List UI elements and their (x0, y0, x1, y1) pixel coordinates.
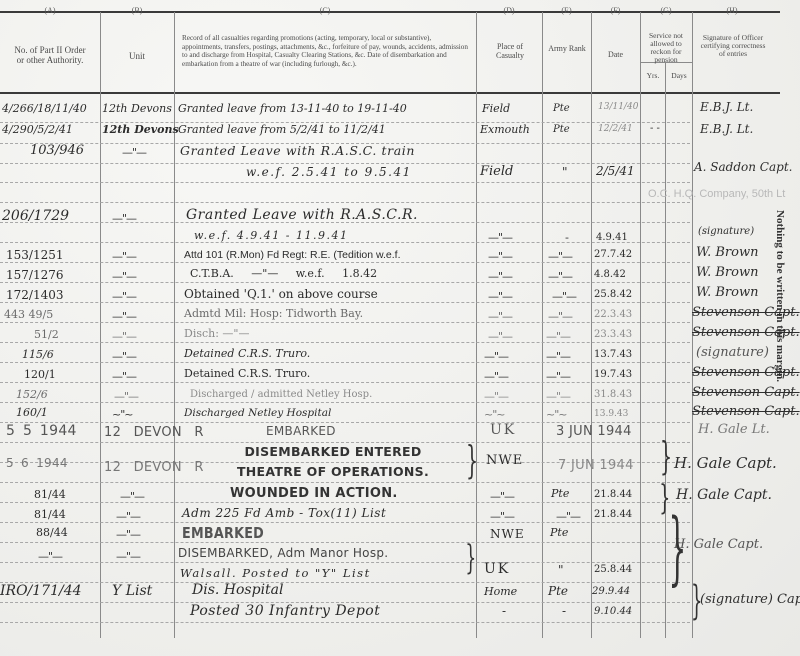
header-unit: Unit (100, 52, 174, 61)
record-stamp: EMBARKED (266, 424, 336, 438)
authority-cell: 103/946 (30, 144, 84, 158)
place-ditto: —"— (488, 270, 512, 283)
place-cell: Exmouth (480, 123, 530, 137)
signature-cell: Stevenson Capt. (692, 365, 800, 380)
unit-ditto: —"— (112, 250, 136, 263)
date-cell: 12/2/41 (598, 122, 633, 136)
row-rule (0, 282, 690, 283)
date-cell: 19.7.43 (594, 368, 632, 382)
authority-cell: 172/1403 (6, 288, 64, 302)
record-stamp: WOUNDED IN ACTION. (230, 486, 398, 501)
signature-cell: W. Brown (696, 285, 758, 300)
row-rule (0, 382, 690, 383)
place-cell: Field (480, 165, 513, 179)
place-ditto: —"— (488, 310, 512, 323)
divider-f-g (640, 12, 641, 638)
unit-ditto: —"— (112, 270, 136, 283)
rank-ditto: —"— (546, 330, 570, 343)
row-rule (0, 542, 690, 543)
record-stamp: DISEMBARKED, Adm Manor Hosp. (178, 546, 388, 560)
place-ditto: —"— (484, 390, 508, 403)
brace: } (466, 438, 478, 482)
row-rule (0, 302, 690, 303)
col-letter-d: (D) (476, 6, 542, 15)
divider-b-c (174, 12, 175, 638)
place-cell: Home (484, 585, 517, 599)
date-cell: 21.8.44 (594, 488, 632, 502)
rank-ditto: - (565, 231, 568, 244)
authority-stamp: 5 6 1944 (6, 456, 68, 470)
divider-g-yrs-days (665, 62, 666, 638)
row-rule (0, 342, 690, 343)
record-cell: Obtained 'Q.1.' on above course (184, 287, 378, 301)
signature-cell: W. Brown (696, 245, 758, 260)
signature-cell: Stevenson Capt. (692, 404, 800, 419)
pension-cell: - - (650, 122, 660, 136)
record-cell: Disch: —"— (184, 327, 250, 341)
rank-ditto: ~"~ (546, 408, 567, 421)
service-record-page: (A) (B) (C) (D) (E) (F) (G) (H) No. of P… (0, 0, 800, 656)
row-rule (0, 262, 690, 263)
unit-ditto: —"— (120, 490, 144, 503)
row-rule (0, 202, 690, 203)
col-letter-h: (H) (692, 6, 772, 15)
row-rule (0, 422, 690, 423)
record-stamp: EMBARKED (182, 524, 264, 542)
record-cell: Detained C.R.S. Truro. (184, 367, 310, 381)
place-cell: UK (490, 423, 516, 437)
rank-cell: Pte (553, 102, 570, 116)
record-cell: Dis. Hospital (192, 583, 284, 597)
record-cell: Granted leave from 5/2/41 to 11/2/41 (178, 123, 386, 137)
record-cell: w.e.f. 4.9.41 - 11.9.41 (194, 229, 348, 243)
unit-cell: 12th Devons (102, 102, 172, 116)
authority-cell: 51/2 (34, 328, 59, 342)
place-ditto: —"— (488, 250, 512, 263)
unit-ditto: —"— (112, 330, 136, 343)
rank-cell: - (562, 604, 566, 618)
col-letter-a: (A) (0, 6, 100, 15)
rank-ditto: —"— (546, 370, 570, 383)
authority-cell: 88/44 (36, 526, 68, 540)
place-ditto: —"— (488, 290, 512, 303)
place-ditto: —"— (484, 370, 508, 383)
date-stamp: 3 JUN 1944 (556, 424, 632, 439)
unit-cell: Y List (112, 584, 152, 598)
header-bottom-rule (0, 92, 780, 94)
signature-cell: (signature) (696, 345, 769, 360)
col-letter-c: (C) (174, 6, 476, 15)
record-cell: Granted Leave with R.A.S.C. train (180, 144, 415, 158)
rank-ditto: —"— (548, 250, 572, 263)
rank-cell: Pte (553, 123, 570, 137)
unit-ditto: —"— (114, 390, 138, 403)
place-ditto: ~"~ (484, 408, 505, 421)
record-cell: w.e.f. 2.5.41 to 9.5.41 (246, 165, 412, 179)
rank-ditto: —"— (548, 270, 572, 283)
date-cell: 9.10.44 (594, 605, 632, 619)
unit-ditto: —"— (112, 370, 136, 383)
date-cell: 13/11/40 (598, 100, 638, 114)
place-ditto: —"— (490, 490, 514, 503)
authority-cell: 157/1276 (6, 268, 64, 282)
signature-cell: A. Saddon Capt. (694, 160, 792, 174)
authority-cell: 152/6 (16, 388, 48, 402)
date-cell: 25.8.42 (594, 288, 632, 302)
place-cell: NWE (490, 527, 525, 541)
signature-cell: H. Gale Capt. (676, 487, 772, 503)
col-letter-f: (F) (591, 6, 640, 15)
brace: } (669, 508, 687, 588)
record-cell: Discharged / admitted Netley Hosp. (190, 388, 372, 402)
record-stamp: DISEMBARKED ENTERED THEATRE OF OPERATION… (228, 442, 438, 482)
signature-cell: Stevenson Capt. (692, 305, 800, 320)
divider-e-f (591, 12, 592, 638)
record-cell: C.T.B.A. —"— w.e.f. 1.8.42 (190, 267, 377, 281)
row-rule (0, 163, 690, 164)
row-rule (0, 322, 690, 323)
col-letter-g: (G) (640, 6, 692, 15)
date-cell: 29.9.44 (592, 585, 630, 599)
record-cell: Discharged Netley Hospital (184, 406, 331, 420)
unit-ditto: ~"~ (112, 408, 133, 421)
header-rank: Army Rank (548, 42, 586, 56)
signature-cell: H. Gale Capt. (674, 454, 777, 472)
date-cell: 13.7.43 (594, 348, 632, 362)
date-cell: 2/5/41 (596, 164, 635, 178)
signature-cell: E.B.J. Lt. (700, 100, 753, 114)
col-letter-b: (B) (100, 6, 174, 15)
record-cell: Granted leave from 13-11-40 to 19-11-40 (178, 102, 407, 116)
place-ditto: —"— (488, 231, 512, 244)
signature-cell: H. Gale Lt. (698, 422, 770, 437)
unit-ditto: —"— (122, 146, 146, 159)
rank-ditto: —"— (546, 390, 570, 403)
header-place: Place of Casualty (490, 42, 530, 60)
date-cell: 21.8.44 (594, 508, 632, 522)
place-cell: - (502, 604, 506, 618)
unit-stamp: 12 DEVON R (104, 460, 204, 475)
header-signature: Signature of Officer certifying correctn… (700, 34, 766, 58)
header-record: Record of all casualties regarding promo… (182, 34, 472, 68)
signature-cell: Stevenson Capt. (692, 385, 800, 400)
date-cell: 25.8.44 (594, 563, 632, 577)
header-pension: Service not allowed to reckon for pensio… (641, 32, 691, 64)
rank-cell: " (558, 563, 564, 577)
rank-cell: Pte (551, 487, 569, 501)
date-cell: 23.3.43 (594, 328, 632, 342)
record-cell: Attd 101 (R.Mon) Fd Regt: R.E. (Tedition… (184, 248, 401, 262)
rank-cell: " (562, 165, 568, 179)
brace: } (465, 538, 476, 578)
record-cell: Adm 225 Fd Amb - Tox(11) List (182, 506, 386, 520)
authority-cell: 115/6 (22, 348, 54, 362)
date-cell: 22.3.43 (594, 308, 632, 322)
authority-stamp: 5 5 1944 (6, 423, 77, 439)
place-ditto: —"— (484, 350, 508, 363)
rank-ditto: —"— (552, 290, 576, 303)
authority-cell: 4/290/5/2/41 (2, 123, 73, 137)
signature-cell: W. Brown (696, 265, 758, 280)
divider-d-e (542, 12, 543, 638)
unit-ditto: —"— (116, 510, 140, 523)
record-cell: Posted 30 Infantry Depot (190, 604, 380, 618)
rank-ditto: —"— (546, 350, 570, 363)
place-cell: Field (482, 102, 510, 116)
row-rule (0, 362, 690, 363)
date-cell: 13.9.43 (594, 407, 628, 421)
row-rule (0, 582, 690, 583)
authority-cell: 153/1251 (6, 248, 64, 262)
row-rule (0, 562, 690, 563)
header-pension-yrs: Yrs. (641, 71, 665, 80)
authority-cell: 160/1 (16, 406, 48, 420)
row-rule (0, 622, 690, 623)
row-rule (0, 502, 690, 503)
signature-cell: (signature) (698, 226, 754, 237)
authority-ditto: —"— (38, 550, 62, 563)
row-rule (0, 402, 690, 403)
place-ditto: —"— (488, 330, 512, 343)
unit-ditto: —"— (116, 550, 140, 563)
record-cell: Granted Leave with R.A.S.C.R. (186, 208, 418, 222)
signature-cell: E.B.J. Lt. (700, 122, 753, 136)
authority-cell: 81/44 (34, 488, 66, 502)
unit-ditto: —"— (112, 212, 136, 225)
record-cell: Admtd Mil: Hosp: Tidworth Bay. (184, 307, 363, 321)
rank-cell: Pte (548, 584, 568, 598)
row-rule (0, 482, 690, 483)
unit-cell: 12th Devons (102, 123, 179, 137)
signature-cell: Stevenson Capt. (692, 325, 800, 340)
authority-cell: 206/1729 (2, 209, 69, 223)
row-rule (0, 522, 690, 523)
date-stamp: 7 JUN 1944 (558, 458, 634, 473)
date-cell: 27.7.42 (594, 248, 632, 262)
unit-ditto: —"— (112, 350, 136, 363)
record-cell: Walsall. Posted to "Y" List (180, 566, 371, 580)
signature-cell: H. Gale Capt. (674, 537, 763, 552)
place-cell: UK (484, 562, 510, 576)
authority-cell: 443 49/5 (4, 308, 53, 322)
authority-cell: 4/266/18/11/40 (2, 102, 87, 116)
header-authority: No. of Part II Order or other Authority. (10, 45, 90, 65)
unit-stamp: 12 DEVON R (104, 425, 204, 440)
unit-ditto: —"— (116, 528, 140, 541)
rank-ditto: —"— (556, 510, 580, 523)
divider-a-b (100, 12, 101, 638)
margin-note: Nothing to be written in this margin. (774, 210, 786, 382)
authority-cell: IRO/171/44 (0, 584, 82, 598)
record-cell: Detained C.R.S. Truro. (184, 347, 310, 361)
date-cell: 4.8.42 (594, 268, 626, 282)
faded-company-stamp: O.C. H.Q. Company, 50th Lt (648, 188, 785, 200)
brace: } (660, 434, 672, 478)
date-cell: 31.8.43 (594, 388, 632, 402)
unit-ditto: —"— (112, 310, 136, 323)
place-ditto: —"— (490, 510, 514, 523)
unit-ditto: —"— (112, 290, 136, 303)
col-letter-e: (E) (542, 6, 591, 15)
authority-cell: 81/44 (34, 508, 66, 522)
row-rule (0, 182, 690, 183)
header-date: Date (591, 50, 640, 59)
rank-cell: Pte (550, 526, 568, 540)
signature-cell: (signature) Capt. (700, 592, 800, 607)
authority-cell: 120/1 (24, 368, 56, 382)
header-pension-days: Days (666, 71, 692, 80)
rank-ditto: —"— (548, 310, 572, 323)
place-cell: NWE (486, 454, 523, 468)
date-cell: 4.9.41 (596, 231, 628, 245)
